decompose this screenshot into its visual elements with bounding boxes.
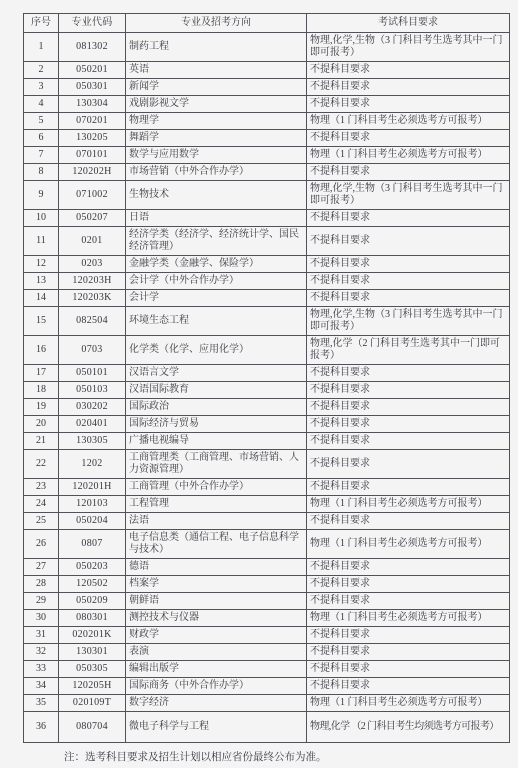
table-body: 1081302制药工程物理,化学,生物（3 门科目考生选考其中一门即可报考）20… (24, 33, 510, 743)
table-row: 21130305广播电视编导不提科目要求 (24, 433, 510, 450)
table-row: 221202工商管理类（工商管理、市场营销、人力资源管理）不提科目要求 (24, 450, 510, 479)
cell-code: 1202 (59, 450, 126, 479)
cell-req: 不提科目要求 (307, 210, 510, 227)
cell-req: 物理,化学（2 门科目考生选考其中一门即可报考） (307, 336, 510, 365)
cell-major: 法语 (126, 513, 307, 530)
majors-table: 序号 专业代码 专业及招考方向 考试科目要求 1081302制药工程物理,化学,… (23, 13, 510, 743)
cell-no: 35 (24, 695, 59, 712)
cell-code: 020401 (59, 416, 126, 433)
cell-major: 表演 (126, 644, 307, 661)
table-row: 4130304戏剧影视文学不提科目要求 (24, 96, 510, 113)
cell-code: 130205 (59, 130, 126, 147)
cell-major: 物理学 (126, 113, 307, 130)
table-row: 5070201物理学物理（1 门科目考生必须选考方可报考） (24, 113, 510, 130)
cell-req: 不提科目要求 (307, 130, 510, 147)
cell-major: 会计学 (126, 290, 307, 307)
cell-code: 070101 (59, 147, 126, 164)
cell-req: 不提科目要求 (307, 678, 510, 695)
cell-no: 20 (24, 416, 59, 433)
cell-major: 环境生态工程 (126, 307, 307, 336)
cell-no: 33 (24, 661, 59, 678)
cell-major: 经济学类（经济学、经济统计学、国民经济管理） (126, 227, 307, 256)
cell-req: 物理,化学,生物（3 门科目考生选考其中一门即可报考） (307, 181, 510, 210)
cell-major: 微电子科学与工程 (126, 712, 307, 743)
cell-code: 120103 (59, 496, 126, 513)
cell-major: 工商管理（中外合作办学） (126, 479, 307, 496)
cell-no: 17 (24, 365, 59, 382)
cell-req: 物理（1 门科目考生必须选考方可报考） (307, 530, 510, 559)
cell-req: 物理（1 门科目考生必须选考方可报考） (307, 695, 510, 712)
cell-major: 数学与应用数学 (126, 147, 307, 164)
cell-no: 24 (24, 496, 59, 513)
cell-code: 0203 (59, 256, 126, 273)
cell-major: 汉语言文学 (126, 365, 307, 382)
cell-req: 不提科目要求 (307, 227, 510, 256)
table-row: 29050209朝鲜语不提科目要求 (24, 593, 510, 610)
cell-code: 050305 (59, 661, 126, 678)
cell-code: 120502 (59, 576, 126, 593)
cell-code: 082504 (59, 307, 126, 336)
cell-req: 不提科目要求 (307, 661, 510, 678)
cell-major: 新闻学 (126, 79, 307, 96)
cell-no: 34 (24, 678, 59, 695)
cell-req: 物理（1 门科目考生必须选考方可报考） (307, 496, 510, 513)
cell-major: 数字经济 (126, 695, 307, 712)
cell-major: 国际经济与贸易 (126, 416, 307, 433)
cell-major: 工程管理 (126, 496, 307, 513)
cell-no: 4 (24, 96, 59, 113)
cell-major: 档案学 (126, 576, 307, 593)
cell-code: 130301 (59, 644, 126, 661)
cell-req: 不提科目要求 (307, 399, 510, 416)
cell-no: 18 (24, 382, 59, 399)
cell-code: 050204 (59, 513, 126, 530)
cell-major: 国际商务（中外合作办学） (126, 678, 307, 695)
cell-req: 物理（1 门科目考生必须选考方可报考） (307, 610, 510, 627)
cell-major: 会计学（中外合作办学） (126, 273, 307, 290)
cell-req: 物理,化学 （2 门科目考生均须选考方可报考） (307, 712, 510, 743)
cell-req: 不提科目要求 (307, 627, 510, 644)
table-row: 35020109T数字经济物理（1 门科目考生必须选考方可报考） (24, 695, 510, 712)
document-sheet: 序号 专业代码 专业及招考方向 考试科目要求 1081302制药工程物理,化学,… (0, 0, 518, 768)
cell-code: 050207 (59, 210, 126, 227)
cell-no: 15 (24, 307, 59, 336)
cell-req: 不提科目要求 (307, 593, 510, 610)
cell-major: 市场营销（中外合作办学） (126, 164, 307, 181)
table-row: 15082504环境生态工程物理,化学,生物（3 门科目考生选考其中一门即可报考… (24, 307, 510, 336)
cell-major: 日语 (126, 210, 307, 227)
table-row: 10050207日语不提科目要求 (24, 210, 510, 227)
table-row: 6130205舞蹈学不提科目要求 (24, 130, 510, 147)
cell-req: 物理,化学,生物（3 门科目考生选考其中一门即可报考） (307, 33, 510, 62)
table-row: 19030202国际政治不提科目要求 (24, 399, 510, 416)
cell-req: 物理,化学,生物（3 门科目考生选考其中一门即可报考） (307, 307, 510, 336)
cell-major: 英语 (126, 62, 307, 79)
table-row: 25050204法语不提科目要求 (24, 513, 510, 530)
cell-major: 电子信息类（通信工程、电子信息科学与技术） (126, 530, 307, 559)
cell-no: 29 (24, 593, 59, 610)
cell-req: 不提科目要求 (307, 644, 510, 661)
table-row: 1081302制药工程物理,化学,生物（3 门科目考生选考其中一门即可报考） (24, 33, 510, 62)
cell-no: 13 (24, 273, 59, 290)
cell-req: 不提科目要求 (307, 450, 510, 479)
table-row: 7070101数学与应用数学物理（1 门科目考生必须选考方可报考） (24, 147, 510, 164)
cell-req: 不提科目要求 (307, 433, 510, 450)
header-cell-major: 专业及招考方向 (126, 14, 307, 33)
cell-req: 不提科目要求 (307, 365, 510, 382)
cell-no: 27 (24, 559, 59, 576)
cell-no: 28 (24, 576, 59, 593)
cell-major: 国际政治 (126, 399, 307, 416)
cell-no: 9 (24, 181, 59, 210)
cell-req: 不提科目要求 (307, 382, 510, 399)
cell-major: 朝鲜语 (126, 593, 307, 610)
cell-code: 120203K (59, 290, 126, 307)
cell-major: 汉语国际教育 (126, 382, 307, 399)
cell-major: 戏剧影视文学 (126, 96, 307, 113)
cell-code: 050201 (59, 62, 126, 79)
cell-code: 0703 (59, 336, 126, 365)
cell-code: 130304 (59, 96, 126, 113)
cell-no: 22 (24, 450, 59, 479)
table-row: 17050101汉语言文学不提科目要求 (24, 365, 510, 382)
cell-major: 测控技术与仪器 (126, 610, 307, 627)
cell-req: 不提科目要求 (307, 164, 510, 181)
table-row: 160703化学类（化学、应用化学）物理,化学（2 门科目考生选考其中一门即可报… (24, 336, 510, 365)
cell-code: 020201K (59, 627, 126, 644)
header-cell-code: 专业代码 (59, 14, 126, 33)
cell-code: 050103 (59, 382, 126, 399)
table-row: 33050305编辑出版学不提科目要求 (24, 661, 510, 678)
cell-no: 5 (24, 113, 59, 130)
cell-no: 19 (24, 399, 59, 416)
cell-req: 不提科目要求 (307, 256, 510, 273)
cell-code: 050203 (59, 559, 126, 576)
table-row: 28120502档案学不提科目要求 (24, 576, 510, 593)
cell-req: 不提科目要求 (307, 79, 510, 96)
cell-no: 21 (24, 433, 59, 450)
cell-no: 16 (24, 336, 59, 365)
table-row: 14120203K会计学不提科目要求 (24, 290, 510, 307)
table-header: 序号 专业代码 专业及招考方向 考试科目要求 (24, 14, 510, 33)
cell-req: 不提科目要求 (307, 96, 510, 113)
cell-no: 36 (24, 712, 59, 743)
table-row: 27050203德语不提科目要求 (24, 559, 510, 576)
cell-req: 不提科目要求 (307, 273, 510, 290)
cell-code: 120201H (59, 479, 126, 496)
cell-no: 32 (24, 644, 59, 661)
cell-code: 120203H (59, 273, 126, 290)
cell-no: 25 (24, 513, 59, 530)
table-row: 13120203H会计学（中外合作办学）不提科目要求 (24, 273, 510, 290)
cell-req: 不提科目要求 (307, 559, 510, 576)
cell-code: 120205H (59, 678, 126, 695)
table-row: 18050103汉语国际教育不提科目要求 (24, 382, 510, 399)
cell-req: 不提科目要求 (307, 416, 510, 433)
cell-req: 不提科目要求 (307, 576, 510, 593)
cell-no: 1 (24, 33, 59, 62)
cell-no: 6 (24, 130, 59, 147)
cell-major: 舞蹈学 (126, 130, 307, 147)
cell-code: 120202H (59, 164, 126, 181)
cell-code: 080704 (59, 712, 126, 743)
table-row: 9071002生物技术物理,化学,生物（3 门科目考生选考其中一门即可报考） (24, 181, 510, 210)
cell-major: 广播电视编导 (126, 433, 307, 450)
cell-req: 物理（1 门科目考生必须选考方可报考） (307, 113, 510, 130)
cell-no: 14 (24, 290, 59, 307)
cell-major: 制药工程 (126, 33, 307, 62)
cell-req: 不提科目要求 (307, 479, 510, 496)
cell-code: 0201 (59, 227, 126, 256)
cell-no: 7 (24, 147, 59, 164)
cell-major: 德语 (126, 559, 307, 576)
cell-major: 金融学类（金融学、保险学） (126, 256, 307, 273)
cell-no: 23 (24, 479, 59, 496)
table-row: 260807电子信息类（通信工程、电子信息科学与技术）物理（1 门科目考生必须选… (24, 530, 510, 559)
table-row: 31020201K财政学不提科目要求 (24, 627, 510, 644)
cell-code: 050101 (59, 365, 126, 382)
cell-no: 2 (24, 62, 59, 79)
cell-major: 化学类（化学、应用化学） (126, 336, 307, 365)
table-row: 110201经济学类（经济学、经济统计学、国民经济管理）不提科目要求 (24, 227, 510, 256)
cell-code: 030202 (59, 399, 126, 416)
header-cell-req: 考试科目要求 (307, 14, 510, 33)
table-row: 23120201H工商管理（中外合作办学）不提科目要求 (24, 479, 510, 496)
cell-no: 31 (24, 627, 59, 644)
header-cell-no: 序号 (24, 14, 59, 33)
table-row: 2050201英语不提科目要求 (24, 62, 510, 79)
table-row: 30080301测控技术与仪器物理（1 门科目考生必须选考方可报考） (24, 610, 510, 627)
cell-code: 080301 (59, 610, 126, 627)
cell-major: 生物技术 (126, 181, 307, 210)
table-row: 24120103工程管理物理（1 门科目考生必须选考方可报考） (24, 496, 510, 513)
cell-code: 070201 (59, 113, 126, 130)
cell-code: 081302 (59, 33, 126, 62)
cell-no: 3 (24, 79, 59, 96)
cell-no: 26 (24, 530, 59, 559)
cell-code: 130305 (59, 433, 126, 450)
cell-major: 编辑出版学 (126, 661, 307, 678)
cell-code: 0807 (59, 530, 126, 559)
cell-code: 020109T (59, 695, 126, 712)
cell-code: 050209 (59, 593, 126, 610)
cell-req: 物理（1 门科目考生必须选考方可报考） (307, 147, 510, 164)
cell-major: 财政学 (126, 627, 307, 644)
cell-req: 不提科目要求 (307, 513, 510, 530)
cell-no: 12 (24, 256, 59, 273)
cell-no: 10 (24, 210, 59, 227)
cell-no: 11 (24, 227, 59, 256)
table-row: 32130301表演不提科目要求 (24, 644, 510, 661)
header-row: 序号 专业代码 专业及招考方向 考试科目要求 (24, 14, 510, 33)
cell-no: 30 (24, 610, 59, 627)
table-row: 20020401国际经济与贸易不提科目要求 (24, 416, 510, 433)
cell-code: 050301 (59, 79, 126, 96)
footnote-text: 注：选考科目要求及招生计划以相应省份最终公布为准。 (64, 751, 327, 764)
cell-req: 不提科目要求 (307, 62, 510, 79)
cell-major: 工商管理类（工商管理、市场营销、人力资源管理） (126, 450, 307, 479)
cell-no: 8 (24, 164, 59, 181)
table-row: 120203金融学类（金融学、保险学）不提科目要求 (24, 256, 510, 273)
table-row: 36080704微电子科学与工程物理,化学 （2 门科目考生均须选考方可报考） (24, 712, 510, 743)
table-row: 3050301新闻学不提科目要求 (24, 79, 510, 96)
table-row: 34120205H国际商务（中外合作办学）不提科目要求 (24, 678, 510, 695)
cell-code: 071002 (59, 181, 126, 210)
table-row: 8120202H市场营销（中外合作办学）不提科目要求 (24, 164, 510, 181)
cell-req: 不提科目要求 (307, 290, 510, 307)
